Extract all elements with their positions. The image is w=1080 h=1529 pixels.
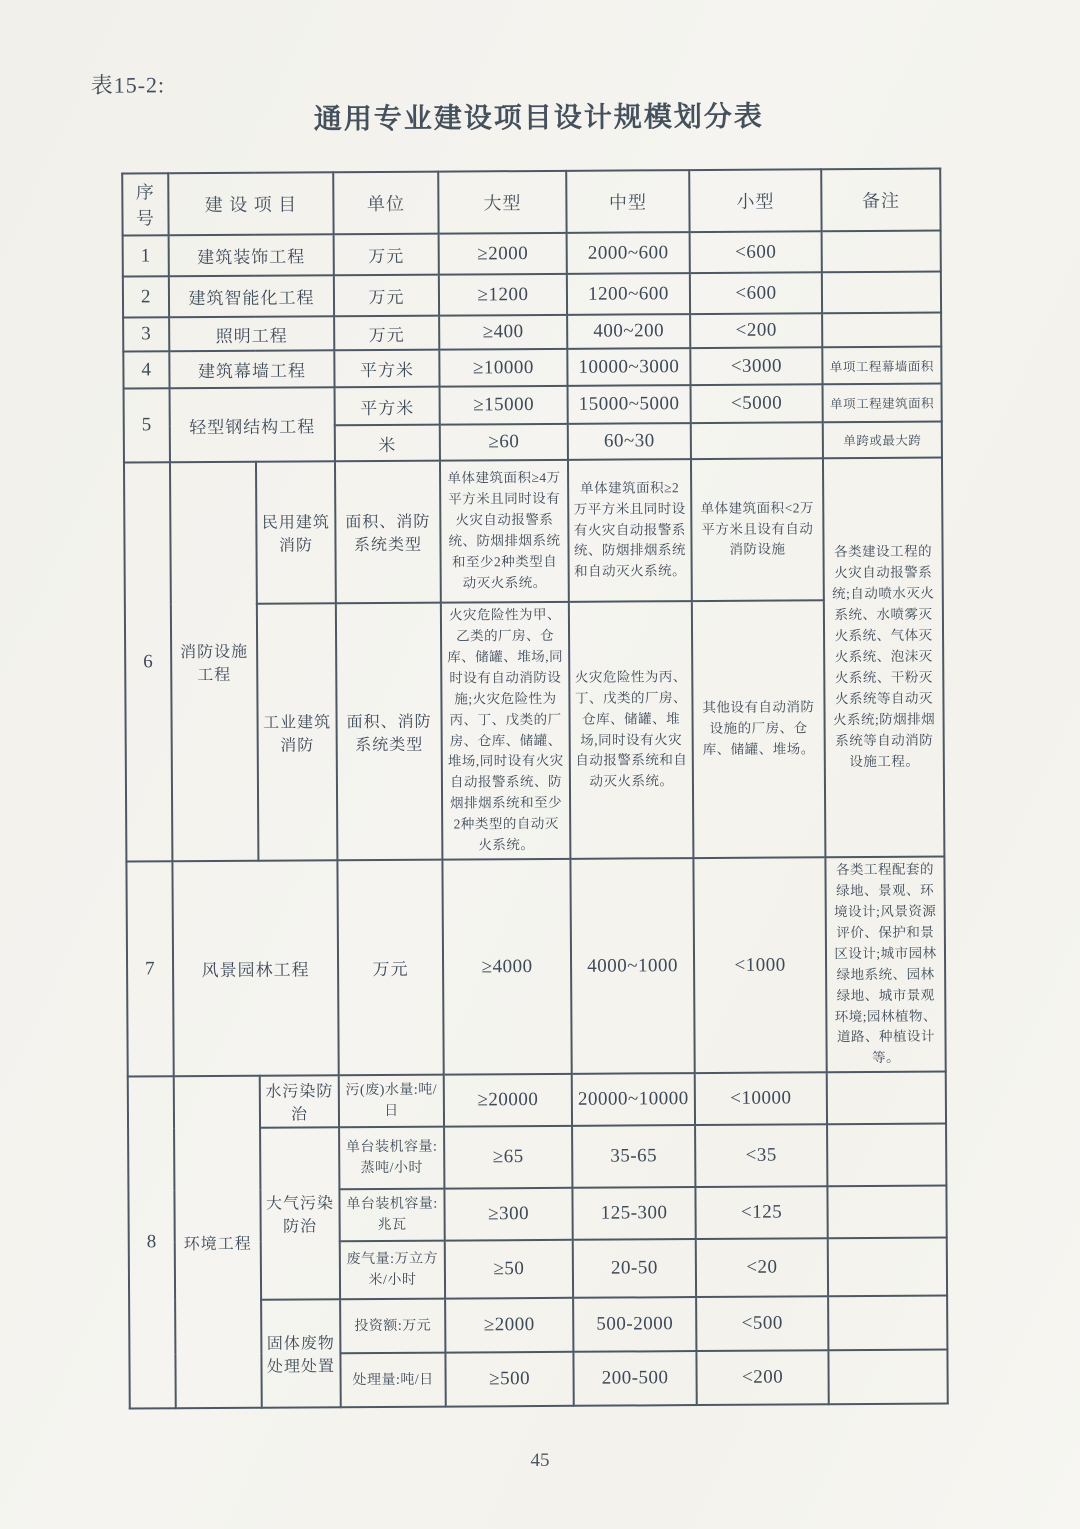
row8-air3-large: ≥50: [445, 1240, 573, 1299]
row8-air2-unit: 单台装机容量:兆瓦: [339, 1189, 444, 1242]
row2-no: 2: [123, 276, 169, 317]
row8-air3-small: <20: [696, 1239, 828, 1298]
row8-air3-unit: 废气量:万立方米/小时: [340, 1241, 445, 1300]
row1-large: ≥2000: [439, 233, 567, 275]
row7-large: ≥4000: [442, 859, 571, 1075]
page-number: 45: [0, 1450, 1080, 1472]
row8-solid1-remark: [828, 1296, 947, 1351]
row5-project: 轻型钢结构工程: [170, 387, 335, 462]
row8-air3-medium: 20-50: [573, 1239, 696, 1298]
scan-content: 表15-2: 通用专业建设项目设计规模划分表 序号 建 设 项 目 单位 大型 …: [0, 0, 1080, 1529]
row8-solid1-unit: 投资额:万元: [340, 1299, 445, 1354]
row4-unit: 平方米: [334, 350, 439, 388]
row5b-small: [691, 422, 823, 459]
row8-water-small: <10000: [695, 1073, 827, 1126]
row3-unit: 万元: [334, 316, 439, 351]
row6-civil-name: 民用建筑消防: [256, 461, 336, 603]
row5a-medium: 15000~5000: [568, 385, 691, 424]
row5a-small: <5000: [691, 384, 823, 423]
row8-air-name: 大气污染防治: [260, 1128, 340, 1300]
row5b-medium: 60~30: [568, 423, 691, 460]
row8-air3-remark: [828, 1238, 947, 1297]
table-row: 1 建筑装饰工程 万元 ≥2000 2000~600 <600: [123, 231, 941, 277]
row8-air2-medium: 125-300: [572, 1187, 695, 1240]
row8-water-unit: 污(废)水量:吨/日: [339, 1075, 444, 1128]
row6-industrial-name: 工业建筑消防: [257, 603, 338, 861]
header-medium: 中型: [566, 170, 689, 233]
row5a-unit: 平方米: [335, 387, 440, 426]
table-label: 表15-2:: [91, 68, 166, 99]
row8-air1-small: <35: [695, 1125, 827, 1188]
header-large: 大型: [438, 171, 566, 234]
row8-water-large: ≥20000: [444, 1074, 572, 1127]
header-unit: 单位: [333, 172, 438, 235]
row1-medium: 2000~600: [567, 232, 690, 274]
row8-air2-remark: [827, 1186, 946, 1239]
header-remark: 备注: [821, 169, 940, 232]
scale-division-table: 序号 建 设 项 目 单位 大型 中型 小型 备注 1 建筑装饰工程 万元 ≥2…: [121, 168, 949, 1410]
row6-civil-small: 单体建筑面积<2万平方米且设有自动消防设施: [691, 458, 824, 601]
row8-water-name: 水污染防治: [260, 1076, 339, 1128]
row2-project: 建筑智能化工程: [169, 275, 334, 317]
header-small: 小型: [689, 169, 821, 232]
row5b-large: ≥60: [440, 424, 568, 461]
row6-civil-large: 单体建筑面积≥4万平方米且同时设有火灾自动报警系统、防烟排烟系统和至少2种类型自…: [440, 460, 569, 603]
row8-solid1-large: ≥2000: [445, 1298, 573, 1353]
row7-medium: 4000~1000: [570, 858, 694, 1074]
header-no: 序号: [122, 173, 168, 235]
row1-small: <600: [690, 231, 822, 273]
row6-industrial-small: 其他设有自动消防设施的厂房、仓库、储罐、堆场。: [692, 600, 826, 858]
row6-civil-medium: 单体建筑面积≥2万平方米且同时设有火灾自动报警系统、防烟排烟系统和自动灭火系统。: [568, 459, 692, 602]
row8-air1-medium: 35-65: [572, 1125, 695, 1188]
row8-air2-large: ≥300: [444, 1188, 572, 1241]
row8-water-remark: [827, 1072, 946, 1125]
row1-project: 建筑装饰工程: [169, 234, 334, 276]
row7-no: 7: [126, 861, 173, 1076]
row5a-large: ≥15000: [440, 386, 568, 425]
row5a-remark: 单项工程建筑面积: [823, 384, 942, 423]
scanned-document-page: 表15-2: 通用专业建设项目设计规模划分表 序号 建 设 项 目 单位 大型 …: [0, 0, 1080, 1529]
row8-solid-name: 固体废物处理处置: [261, 1300, 341, 1408]
table-row: 8 环境工程 水污染防治 污(废)水量:吨/日 ≥20000 20000~100…: [128, 1072, 946, 1129]
row2-unit: 万元: [334, 275, 439, 317]
row8-solid1-small: <500: [696, 1297, 828, 1352]
row6-industrial-unit: 面积、消防系统类型: [336, 603, 443, 861]
table-row: 3 照明工程 万元 ≥400 400~200 <200: [123, 313, 941, 352]
row8-solid2-medium: 200-500: [573, 1351, 696, 1406]
row3-large: ≥400: [439, 315, 567, 350]
row2-large: ≥1200: [439, 274, 567, 316]
row6-no: 6: [124, 462, 172, 861]
row8-project: 环境工程: [174, 1076, 262, 1409]
row7-project: 风景园林工程: [172, 860, 338, 1076]
table-row: 6 消防设施工程 民用建筑消防 面积、消防系统类型 单体建筑面积≥4万平方米且同…: [124, 458, 943, 605]
row6-civil-unit: 面积、消防系统类型: [335, 461, 441, 604]
row4-medium: 10000~3000: [567, 348, 690, 386]
table-row: 4 建筑幕墙工程 平方米 ≥10000 10000~3000 <3000 单项工…: [123, 347, 941, 389]
row4-project: 建筑幕墙工程: [169, 350, 334, 388]
row7-small: <1000: [693, 857, 826, 1073]
table-row: 2 建筑智能化工程 万元 ≥1200 1200~600 <600: [123, 272, 941, 318]
table-header-row: 序号 建 设 项 目 单位 大型 中型 小型 备注: [122, 169, 940, 236]
row3-project: 照明工程: [169, 316, 334, 351]
row2-small: <600: [690, 272, 822, 314]
row6-industrial-medium: 火灾危险性为丙、丁、戊类的厂房、仓库、储罐、堆场,同时设有火灾自动报警系统和自动…: [569, 601, 694, 859]
header-project: 建 设 项 目: [168, 172, 333, 235]
row4-small: <3000: [690, 347, 822, 385]
row8-air1-remark: [827, 1124, 946, 1187]
table-row: 7 风景园林工程 万元 ≥4000 4000~1000 <1000 各类工程配套…: [126, 857, 945, 1077]
row4-no: 4: [123, 351, 169, 388]
row4-remark: 单项工程幕墙面积: [822, 347, 941, 385]
row1-remark: [822, 231, 941, 273]
row4-large: ≥10000: [439, 349, 567, 387]
row8-air2-small: <125: [695, 1187, 827, 1240]
row8-no: 8: [128, 1077, 176, 1409]
row1-unit: 万元: [334, 234, 439, 276]
row3-small: <200: [690, 313, 822, 348]
row5-no: 5: [124, 388, 170, 462]
row7-unit: 万元: [337, 860, 443, 1076]
page-title: 通用专业建设项目设计规模划分表: [0, 93, 1079, 140]
row3-no: 3: [123, 317, 169, 351]
row5b-remark: 单跨或最大跨: [823, 422, 942, 459]
row8-solid2-remark: [828, 1350, 947, 1405]
row2-remark: [822, 272, 941, 314]
row5b-unit: 米: [335, 425, 440, 462]
table-row: 5 轻型钢结构工程 平方米 ≥15000 15000~5000 <5000 单项…: [124, 384, 942, 427]
row8-solid2-unit: 处理量:吨/日: [340, 1353, 445, 1408]
row8-air1-large: ≥65: [444, 1126, 572, 1189]
row1-no: 1: [123, 235, 169, 276]
row6-project: 消防设施工程: [170, 462, 258, 862]
row2-medium: 1200~600: [567, 273, 690, 315]
row3-remark: [822, 313, 941, 348]
row8-solid1-medium: 500-2000: [573, 1297, 696, 1352]
row8-water-medium: 20000~10000: [572, 1073, 695, 1126]
row8-solid2-large: ≥500: [445, 1352, 573, 1407]
row3-medium: 400~200: [567, 314, 690, 349]
row6-remark: 各类建设工程的火灾自动报警系统;自动喷水灭火系统、水喷雾灭火系统、气体灭火系统、…: [823, 458, 944, 858]
row8-air1-unit: 单台装机容量:蒸吨/小时: [339, 1127, 444, 1190]
row8-solid2-small: <200: [696, 1351, 828, 1406]
row7-remark: 各类工程配套的绿地、景观、环境设计;风景资源评价、保护和景区设计;城市园林绿地系…: [825, 857, 945, 1073]
row6-industrial-large: 火灾危险性为甲、乙类的厂房、仓库、储罐、堆场,同时设有自动消防设施;火灾危险性为…: [441, 602, 571, 860]
